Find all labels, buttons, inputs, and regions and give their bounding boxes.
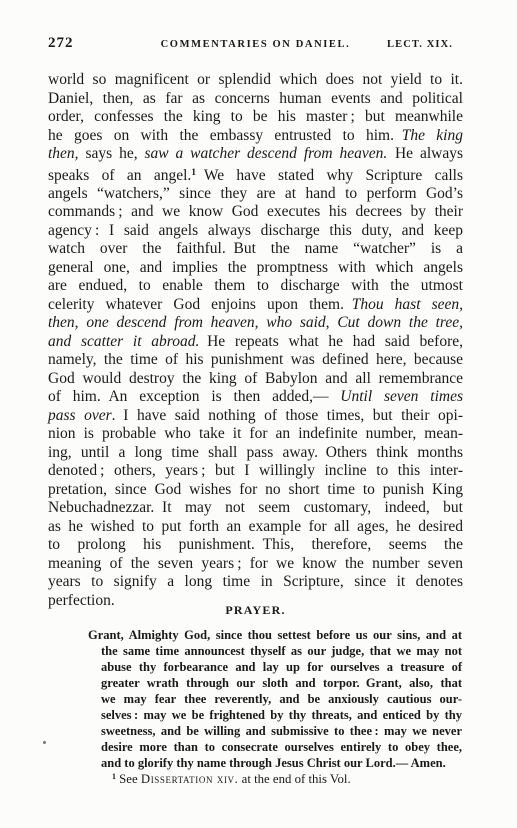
text-line: agency : I said angels always discharge … bbox=[48, 222, 463, 241]
text-line: 1 See Dissertation xiv. at the end of th… bbox=[112, 769, 463, 787]
footnote: 1 See Dissertation xiv. at the end of th… bbox=[48, 769, 463, 787]
text-line: ing, until a long time shall pass away. … bbox=[48, 444, 463, 463]
prayer-text: Grant, Almighty God, since thou settest … bbox=[88, 627, 462, 771]
scan-speck bbox=[43, 741, 46, 744]
text-line: he goes on with the embassy entrusted to… bbox=[48, 127, 463, 146]
text-line: namely, the time of his punishment was d… bbox=[48, 351, 463, 370]
lecture-label: LECT. XIX. bbox=[387, 39, 453, 50]
text-line: are endued, to enable them to discharge … bbox=[48, 277, 463, 296]
text-line: we may fear thee reverently, and be anxi… bbox=[88, 691, 462, 707]
text-line: pretation, since God wishes for no short… bbox=[48, 481, 463, 500]
text-line: God would destroy the king of Babylon an… bbox=[48, 370, 463, 389]
text-line: Nebuchadnezzar. It may not seem customar… bbox=[48, 499, 463, 518]
text-line: Daniel, then, as far as concerns human e… bbox=[48, 90, 463, 109]
text-line: denoted ; others, years ; but I willingl… bbox=[48, 462, 463, 481]
text-line: world so magnificent or splendid which d… bbox=[48, 71, 463, 90]
text-line: the same time announcest thyself as our … bbox=[88, 643, 462, 659]
text-line: then, says he, saw a watcher descend fro… bbox=[48, 145, 463, 164]
text-line: order, confesses the king to be his mast… bbox=[48, 108, 463, 127]
text-line: speaks of an angel.1 We have stated why … bbox=[48, 164, 463, 185]
text-line: meaning of the seven years ; for we know… bbox=[48, 555, 463, 574]
text-line: sweetness, and be willing and submissive… bbox=[88, 723, 462, 739]
text-line: commands ; and we know God executes his … bbox=[48, 203, 463, 222]
text-line: nion is probable who take it for an inde… bbox=[48, 425, 463, 444]
text-line: as he wished to put forth an example for… bbox=[48, 518, 463, 537]
text-line: desire more than to consecrate ourselves… bbox=[88, 739, 462, 755]
text-line: abuse thy forbearance and lay up for our… bbox=[88, 659, 462, 675]
text-line: of him. An exception is then added,— Unt… bbox=[48, 388, 463, 407]
text-line: pass over. I have said nothing of those … bbox=[48, 407, 463, 426]
text-line: then, one descend from heaven, who said,… bbox=[48, 314, 463, 333]
text-line: selves : may we be frightened by thy thr… bbox=[88, 707, 462, 723]
prayer-heading: PRAYER. bbox=[48, 603, 463, 618]
body-text: world so magnificent or splendid which d… bbox=[48, 71, 463, 610]
text-line: greater wrath through our sloth and torp… bbox=[88, 675, 462, 691]
text-line: angels “watchers,” since they are at han… bbox=[48, 185, 463, 204]
text-line: and scatter it abroad. He repeats what h… bbox=[48, 333, 463, 352]
text-line: years to signify a long time in Scriptur… bbox=[48, 573, 463, 592]
book-page: 272 COMMENTARIES ON DANIEL. LECT. XIX. w… bbox=[0, 0, 517, 828]
text-line: Grant, Almighty God, since thou settest … bbox=[88, 627, 462, 643]
text-line: celerity whatever God enjoins upon them.… bbox=[48, 296, 463, 315]
text-line: watch over the faithful. But the name “w… bbox=[48, 240, 463, 259]
text-line: to prolong his punishment. This, therefo… bbox=[48, 536, 463, 555]
text-line: general one, and implies the promptness … bbox=[48, 259, 463, 278]
